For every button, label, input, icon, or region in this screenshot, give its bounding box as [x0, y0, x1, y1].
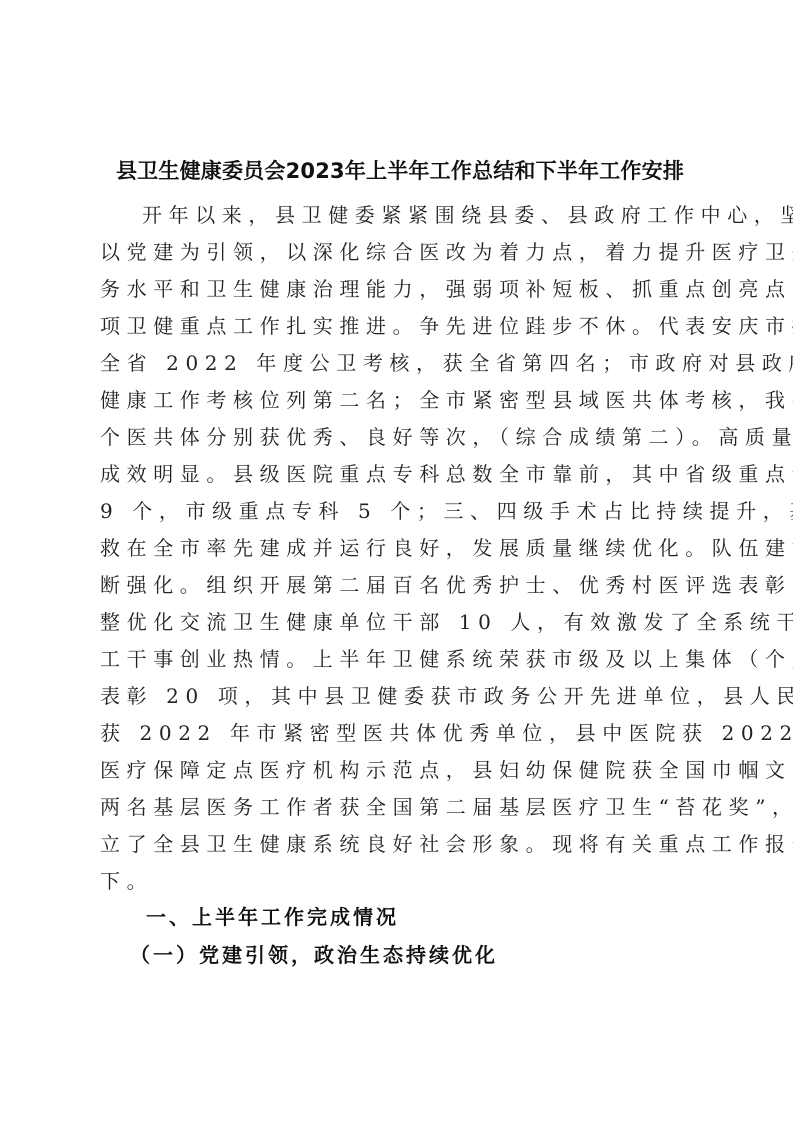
paragraph-line: 救在全市率先建成并运行良好，发展质量继续优化。队伍建设不: [100, 530, 700, 567]
paragraph-line: 立了全县卫生健康系统良好社会形象。现将有关重点工作报告如: [100, 826, 700, 863]
paragraph-line: 全省 2022 年度公卫考核，获全省第四名；市政府对县政府卫生: [100, 345, 700, 382]
paragraph-line: 以党建为引领，以深化综合医改为着力点，着力提升医疗卫生服: [100, 234, 700, 271]
paragraph-line: 健康工作考核位列第二名；全市紧密型县域医共体考核，我县两: [100, 382, 700, 419]
paragraph-line: 开年以来，县卫健委紧紧围绕县委、县政府工作中心，坚持: [100, 197, 700, 234]
paragraph-line: 断强化。组织开展第二届百名优秀护士、优秀村医评选表彰，调: [100, 567, 700, 604]
document-page: 县卫生健康委员会2023年上半年工作总结和下半年工作安排 开年以来，县卫健委紧紧…: [0, 0, 793, 1122]
paragraph-line: 整优化交流卫生健康单位干部 10 人，有效激发了全系统干部职: [100, 604, 700, 641]
section-heading: 一、上半年工作完成情况: [146, 902, 399, 932]
document-title: 县卫生健康委员会2023年上半年工作总结和下半年工作安排: [100, 157, 700, 185]
paragraph-line: 表彰 20 项，其中县卫健委获市政务公开先进单位，县人民医院: [100, 678, 700, 715]
paragraph-line: 下。: [100, 863, 700, 900]
paragraph-line: 个医共体分别获优秀、良好等次，（综合成绩第二）。高质量发展: [100, 419, 700, 456]
paragraph-line: 获 2022 年市紧密型医共体优秀单位，县中医院获 2022 年度市级: [100, 715, 700, 752]
paragraph-line: 项卫健重点工作扎实推进。争先进位跬步不休。代表安庆市接受: [100, 308, 700, 345]
paragraph-line: 工干事创业热情。上半年卫健系统荣获市级及以上集体（个人）: [100, 641, 700, 678]
paragraph-line: 医疗保障定点医疗机构示范点，县妇幼保健院获全国巾帼文明岗，: [100, 752, 700, 789]
paragraph-line: 9 个，市级重点专科 5 个；三、四级手术占比持续提升，基层急: [100, 493, 700, 530]
paragraph-line: 成效明显。县级医院重点专科总数全市靠前，其中省级重点专科: [100, 456, 700, 493]
intro-paragraph: 开年以来，县卫健委紧紧围绕县委、县政府工作中心，坚持 以党建为引领，以深化综合医…: [100, 197, 700, 900]
paragraph-line: 务水平和卫生健康治理能力，强弱项补短板、抓重点创亮点，各: [100, 271, 700, 308]
paragraph-line: 两名基层医务工作者获全国第二届基层医疗卫生“苔花奖”，树: [100, 789, 700, 826]
subsection-heading: （一）党建引领，政治生态持续优化: [130, 940, 498, 970]
